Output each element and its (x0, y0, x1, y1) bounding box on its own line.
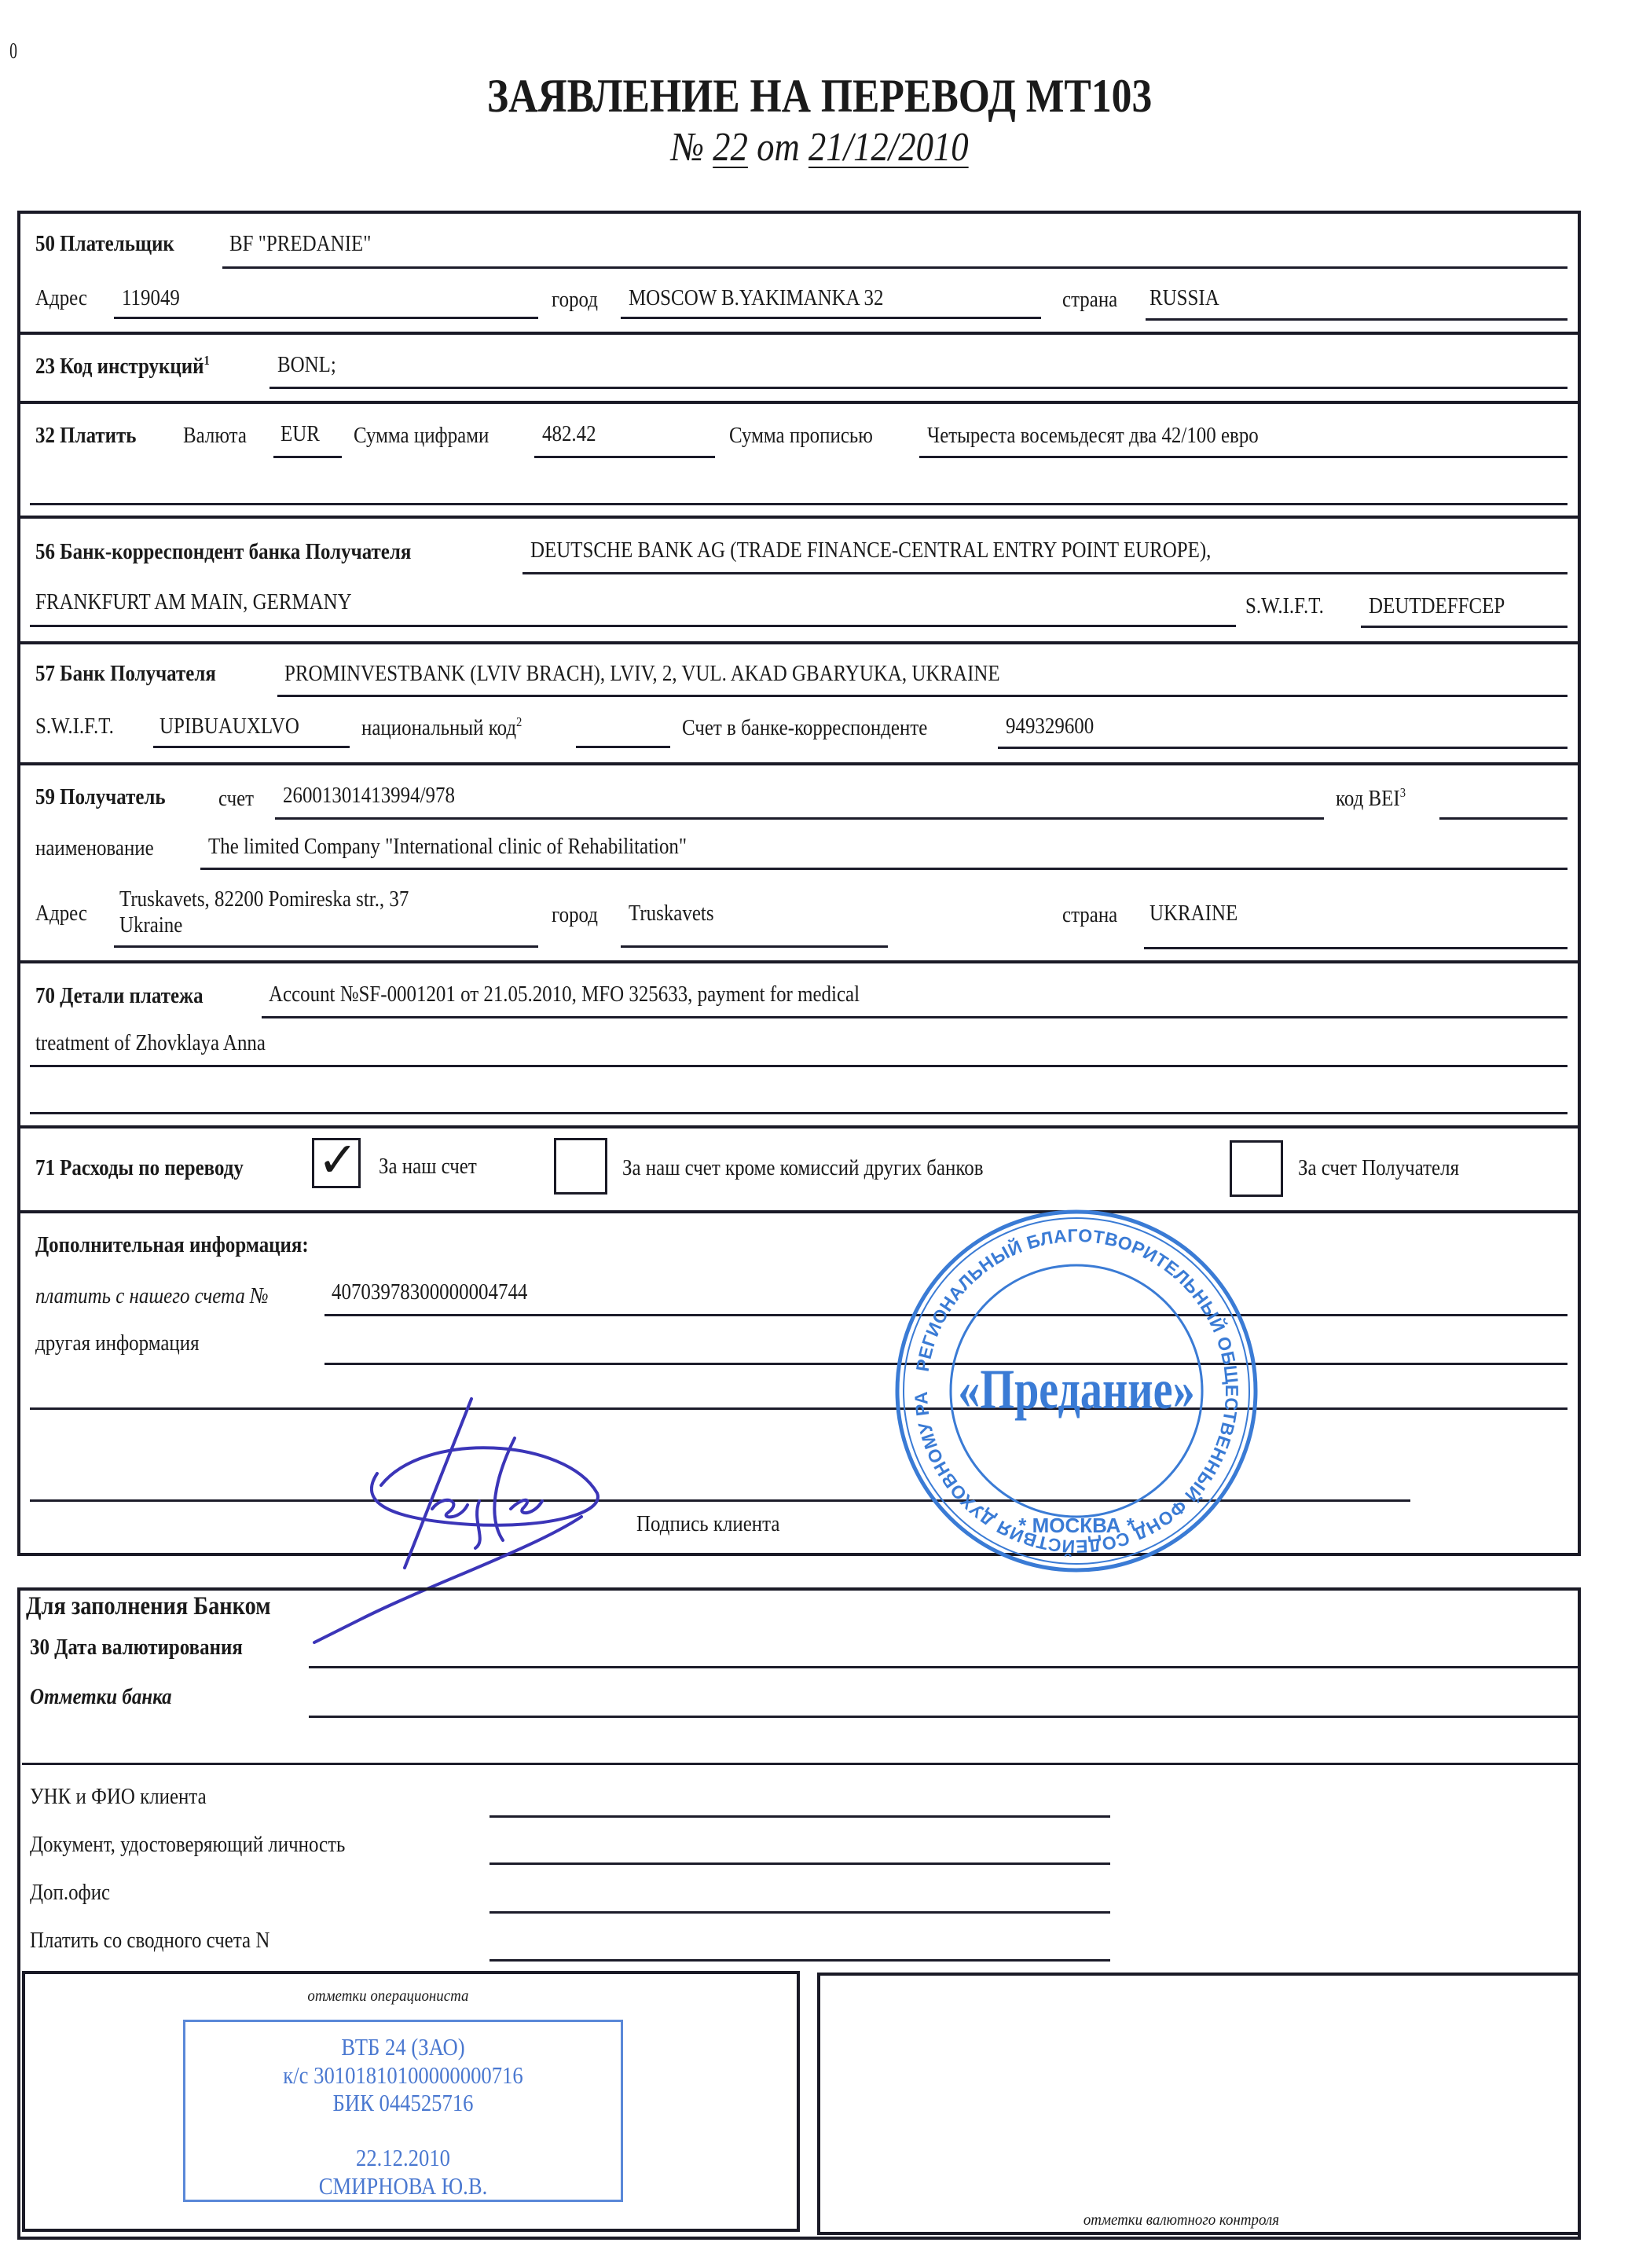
amount-words[interactable]: Четыреста восемьдесят два 42/100 евро (927, 424, 1259, 447)
payment-details-underline1 (262, 1016, 1567, 1018)
section-divider (17, 401, 1581, 404)
beneficiary-city-underline (621, 945, 888, 948)
corr-account-underline (998, 747, 1567, 749)
currency-control-box (817, 1973, 1581, 2235)
other-info-label: другая информация (35, 1332, 200, 1355)
charges-beneficiary-label: За счет Получателя (1298, 1157, 1459, 1180)
currency-control-label: отметки валютного контроля (1083, 2210, 1279, 2229)
document-date[interactable]: 21/12/2010 (808, 125, 969, 170)
charges-beneficiary-checkbox[interactable] (1230, 1140, 1283, 1197)
instruction-code-underline (269, 387, 1567, 389)
payer-address[interactable]: 119049 (122, 287, 180, 310)
payer-city-label: город (552, 288, 598, 311)
field32-label: 32 Платить (35, 424, 136, 447)
beneficiary-swift[interactable]: UPIBUAUXLVO (159, 715, 299, 738)
amount-label: Сумма цифрами (354, 424, 489, 447)
field56-label: 56 Банк-корреспондент банка Получателя (35, 541, 411, 563)
seal-city: * МОСКВА * (1018, 1514, 1135, 1537)
payer-name[interactable]: BF "PREDANIE" (229, 233, 371, 255)
beneficiary-swift-underline (153, 746, 350, 748)
correspondent-bank-line1[interactable]: DEUTSCHE BANK AG (TRADE FINANCE-CENTRAL … (530, 539, 1211, 562)
section-divider (17, 516, 1581, 519)
value-date-label: 30 Дата валютирования (30, 1636, 243, 1659)
bei-label: код BEI3 (1336, 787, 1406, 810)
beneficiary-account-label: счет (218, 787, 254, 810)
beneficiary-address-underline (114, 945, 538, 948)
payer-address-label: Адрес (35, 287, 87, 310)
beneficiary-account-underline (275, 817, 1324, 820)
additional-info-heading: Дополнительная информация: (35, 1234, 309, 1257)
payer-city[interactable]: MOSCOW B.YAKIMANKA 32 (629, 287, 883, 310)
charges-our-checkbox[interactable]: ✓ (312, 1138, 361, 1188)
section-divider (17, 641, 1581, 644)
corr-account[interactable]: 949329600 (1006, 715, 1094, 738)
beneficiary-city-label: город (552, 904, 598, 927)
payment-details-line2[interactable]: treatment of Zhovklaya Anna (35, 1032, 266, 1055)
correspondent-swift[interactable]: DEUTDEFFCEP (1369, 595, 1505, 618)
client-id-label: УНК и ФИО клиента (30, 1785, 207, 1808)
beneficiary-address-line2[interactable]: Ukraine (119, 914, 182, 937)
consolidated-account-underline (489, 1959, 1110, 1962)
beneficiary-swift-label: S.W.I.F.T. (35, 715, 114, 738)
correspondent-bank-line2[interactable]: FRANKFURT AM MAIN, GERMANY (35, 591, 352, 614)
id-document-label: Документ, удостоверяющий личность (30, 1833, 345, 1856)
document-number[interactable]: 22 (713, 125, 748, 170)
national-code-label: национальный код2 (361, 717, 522, 739)
corr-account-label: Счет в банке-корреспонденте (682, 717, 927, 739)
beneficiary-name-underline (200, 868, 1567, 870)
bank-stamp-bic: БИК 044525716 (216, 2089, 590, 2117)
office-underline (489, 1911, 1110, 1914)
field50-label: 50 Плательщик (35, 233, 174, 255)
bank-marks-label: Отметки банка (30, 1686, 172, 1708)
amount-value[interactable]: 482.42 (542, 423, 596, 446)
seal-center-text: «Предание» (958, 1357, 1194, 1420)
beneficiary-name-label: наименование (35, 837, 154, 860)
beneficiary-city[interactable]: Truskavets (629, 902, 714, 925)
payer-country-label: страна (1062, 288, 1117, 311)
date-prefix: от (757, 125, 800, 170)
field23-label: 23 Код инструкций1 (35, 355, 210, 378)
section-divider (17, 960, 1581, 963)
bank-stamp-corr-account: к/с 30101810100000000716 (216, 2061, 590, 2090)
amount-words-label: Сумма прописью (729, 424, 873, 447)
currency-value[interactable]: EUR (280, 423, 320, 446)
pay-from-account[interactable]: 40703978300000004744 (332, 1281, 527, 1304)
payer-underline (222, 266, 1567, 269)
client-form-box (17, 211, 1581, 1556)
section-divider (17, 1210, 1581, 1213)
bank-stamp-operator: СМИРНОВА Ю.В. (216, 2172, 590, 2200)
pay-from-label: платить с нашего счета № (35, 1285, 269, 1308)
correspondent-bank-underline2 (30, 625, 1236, 627)
currency-label: Валюта (183, 424, 247, 447)
field59-label: 59 Получатель (35, 786, 166, 809)
checkmark-icon: ✓ (317, 1136, 358, 1184)
id-document-underline (489, 1862, 1110, 1865)
client-id-underline (489, 1815, 1110, 1818)
beneficiary-bank-underline (277, 695, 1567, 697)
beneficiary-address-label: Адрес (35, 902, 87, 925)
page-marker: 0 (9, 39, 17, 64)
bank-stamp-name: ВТБ 24 (ЗАО) (216, 2033, 590, 2061)
beneficiary-bank[interactable]: PROMINVESTBANK (LVIV BRACH), LVIV, 2, VU… (284, 662, 1000, 685)
field70-label: 70 Детали платежа (35, 985, 203, 1007)
document-title: ЗАЯВЛЕНИЕ НА ПЕРЕВОД МТ103 (0, 69, 1639, 123)
bank-marks-underline2 (22, 1763, 1579, 1765)
organization-seal: РЕГИОНАЛЬНЫЙ БЛАГОТВОРИТЕЛЬНЫЙ ОБЩЕСТВЕН… (888, 1202, 1265, 1580)
payer-address-underline (114, 317, 538, 319)
payer-country-underline (1146, 318, 1567, 321)
bank-stamp-date: 22.12.2010 (216, 2144, 590, 2172)
operator-marks-label: отметки операциониста (307, 1986, 468, 2006)
amount-words-underline (919, 456, 1567, 458)
field71-label: 71 Расходы по переводу (35, 1157, 244, 1180)
beneficiary-country-underline (1144, 947, 1567, 949)
consolidated-account-label: Платить со сводного счета N (30, 1929, 269, 1952)
correspondent-bank-underline1 (522, 572, 1567, 574)
field57-label: 57 Банк Получателя (35, 662, 216, 685)
beneficiary-address-line1[interactable]: Truskavets, 82200 Pomireska str., 37 (119, 888, 409, 911)
charges-our-except-checkbox[interactable] (554, 1138, 607, 1195)
payment-details-underline3 (30, 1112, 1567, 1114)
bank-stamp: ВТБ 24 (ЗАО) к/с 30101810100000000716 БИ… (183, 2020, 623, 2202)
document-subtitle: № 22 от 21/12/2010 (0, 124, 1639, 171)
beneficiary-account[interactable]: 26001301413994/978 (283, 784, 455, 807)
beneficiary-name[interactable]: The limited Company "International clini… (208, 835, 687, 858)
beneficiary-country[interactable]: UKRAINE (1149, 902, 1237, 925)
office-label: Доп.офис (30, 1881, 110, 1904)
amount-underline (534, 456, 715, 458)
number-prefix: № (671, 125, 704, 170)
instruction-code[interactable]: BONL; (277, 354, 336, 376)
payment-details-line1[interactable]: Account №SF-0001201 от 21.05.2010, MFO 3… (269, 983, 860, 1006)
correspondent-swift-label: S.W.I.F.T. (1245, 595, 1324, 618)
bank-section-heading: Для заполнения Банком (26, 1594, 271, 1620)
amount-words-line2 (30, 503, 1567, 505)
national-code-underline (576, 746, 670, 748)
beneficiary-country-label: страна (1062, 904, 1117, 927)
section-divider (17, 1125, 1581, 1128)
currency-underline (273, 456, 342, 458)
charges-our-except-label: За наш счет кроме комиссий других банков (622, 1157, 983, 1180)
section-divider (17, 332, 1581, 335)
payer-country[interactable]: RUSSIA (1149, 287, 1219, 310)
bei-underline (1439, 817, 1567, 820)
bank-marks-underline (309, 1716, 1579, 1718)
charges-our-label: За наш счет (379, 1155, 477, 1178)
payment-details-underline2 (30, 1065, 1567, 1067)
section-divider (17, 762, 1581, 765)
payer-city-underline (621, 317, 1041, 319)
correspondent-swift-underline (1361, 626, 1567, 628)
value-date-underline (309, 1666, 1579, 1668)
